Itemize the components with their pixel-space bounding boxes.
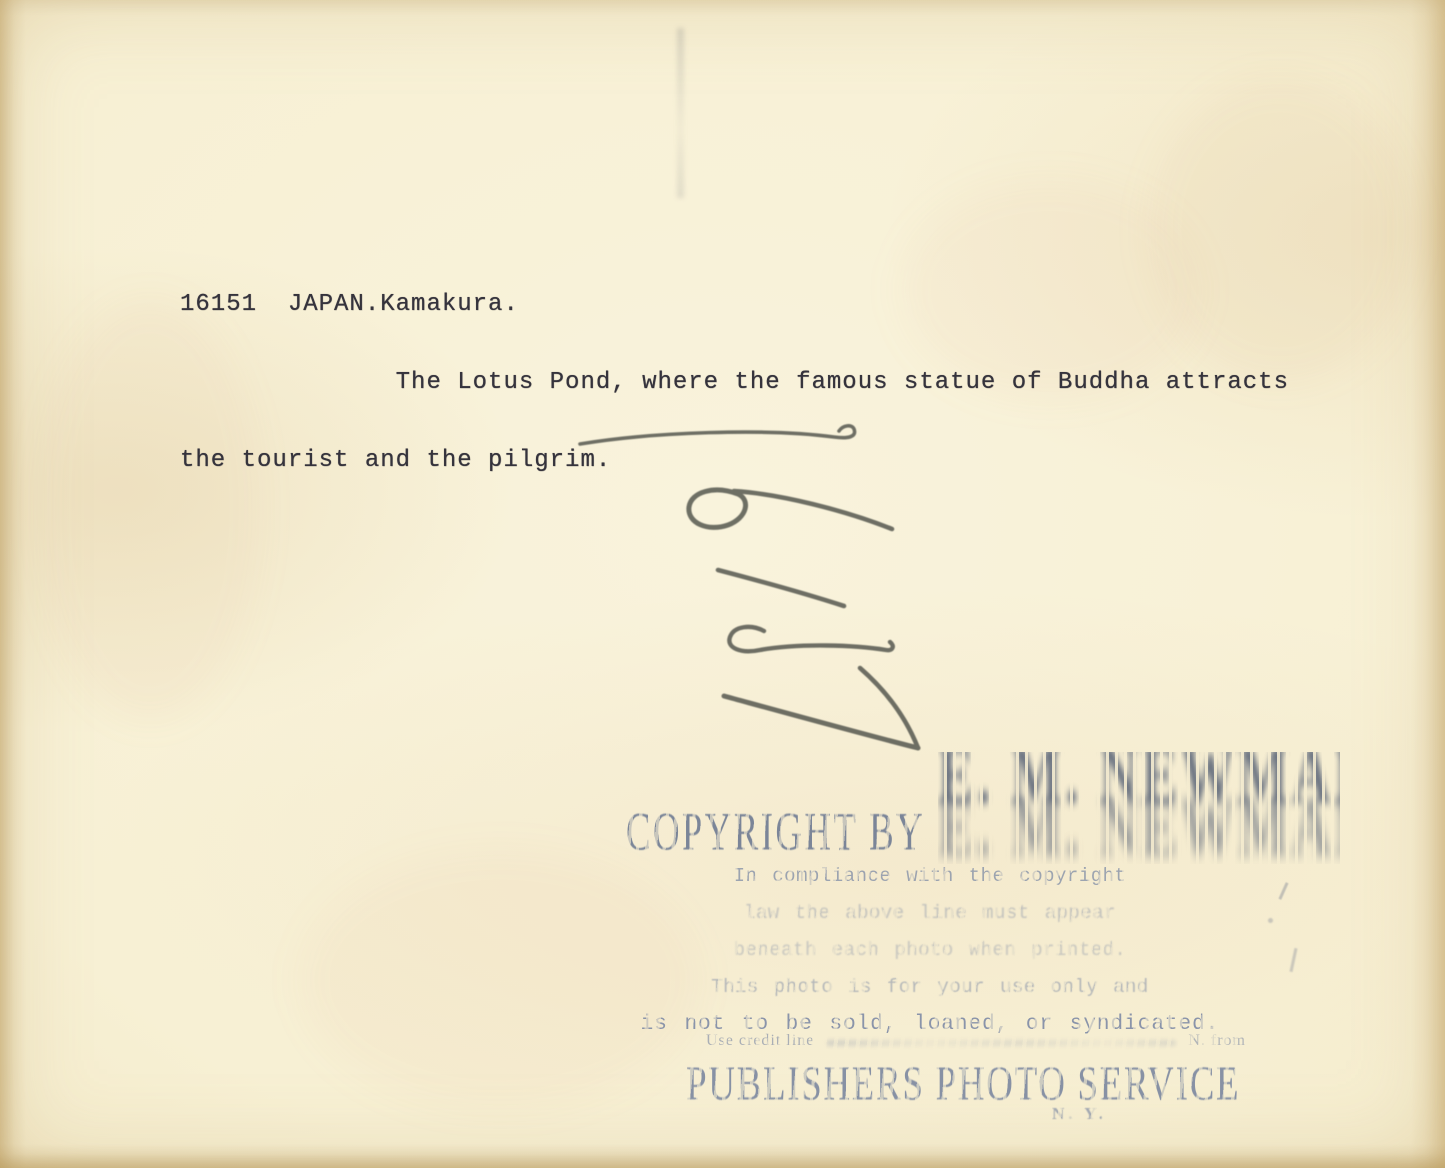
credit-line-smear bbox=[826, 1040, 1176, 1046]
credit-line-text: Use credit line bbox=[706, 1032, 814, 1050]
scan-edge-bottom bbox=[0, 1144, 1445, 1168]
copyright-name-stamp-smudged: E. M. NEWMAN E. M. NEWMAN bbox=[938, 752, 1340, 864]
photo-back-scan: 16151 JAPAN.Kamakura. The Lotus Pond, wh… bbox=[0, 0, 1445, 1168]
copyright-notice-stamp: In compliance with the copyright law the… bbox=[628, 858, 1232, 1043]
notice-line: law the above line must appear bbox=[628, 895, 1232, 932]
notice-line: In compliance with the copyright bbox=[628, 858, 1232, 895]
handwritten-number bbox=[552, 402, 942, 777]
caption-line-2: The Lotus Pond, where the famous statue … bbox=[180, 370, 1289, 396]
agency-city-stamp: N. Y. bbox=[1052, 1104, 1107, 1124]
stray-ink-mark bbox=[1290, 948, 1298, 972]
scan-edge-left bbox=[0, 0, 26, 1168]
agency-stamp: PUBLISHERS PHOTO SERVICE bbox=[686, 1056, 1240, 1112]
stray-ink-mark bbox=[1268, 918, 1273, 923]
scan-edge-right bbox=[1411, 0, 1445, 1168]
notice-line: This photo is for your use only and bbox=[628, 969, 1232, 1006]
pencil-smudge bbox=[677, 28, 684, 198]
credit-line-stamp: Use credit line N. from bbox=[706, 1032, 1246, 1050]
notice-line: beneath each photo when printed. bbox=[628, 932, 1232, 969]
stray-ink-mark bbox=[1278, 882, 1288, 900]
credit-line-fragment: N. from bbox=[1188, 1032, 1246, 1050]
caption-line-1: 16151 JAPAN.Kamakura. bbox=[180, 292, 1289, 318]
copyright-by-stamp: COPYRIGHT BY bbox=[626, 800, 925, 863]
scan-edge-top bbox=[0, 0, 1445, 16]
